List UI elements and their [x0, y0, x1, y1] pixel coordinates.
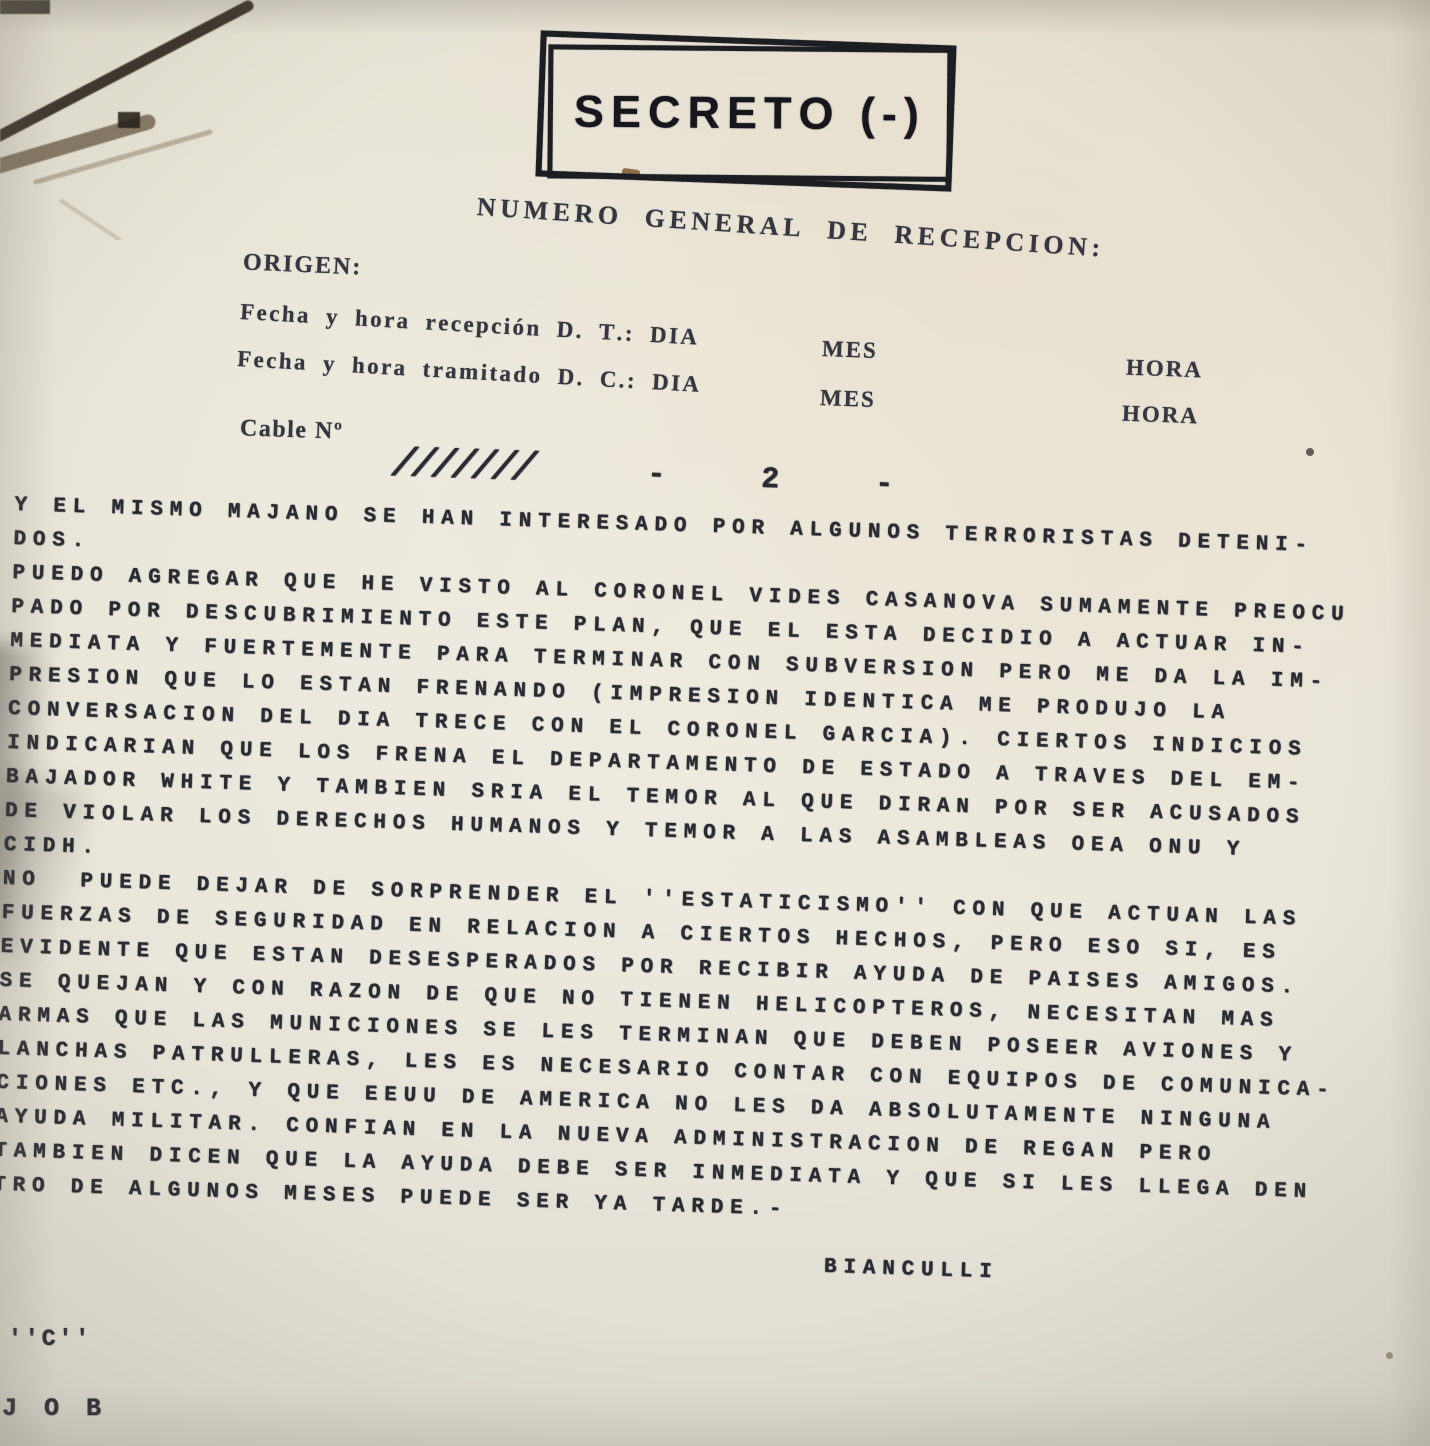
- classification-stamp-inner-border: SECRETO (-): [547, 44, 952, 182]
- month-label-1: MES: [822, 336, 879, 364]
- cable-number-label: Cable Nº: [240, 415, 344, 446]
- hour-label-2: HORA: [1122, 401, 1200, 430]
- month-label-2: MES: [820, 385, 877, 413]
- ink-dot: [1386, 1352, 1393, 1359]
- page-number: - 2 -: [647, 458, 914, 503]
- hour-label-1: HORA: [1126, 355, 1204, 384]
- reception-number-label: NUMERO GENERAL DE RECEPCION:: [476, 192, 1106, 264]
- cable-body-text: Y EL MISMO MAJANO SE HAN INTERESADO POR …: [0, 489, 1426, 1303]
- ink-dot: [1306, 448, 1314, 456]
- typist-initials: J O B: [2, 1394, 107, 1423]
- scanned-cable-page: SECRETO (-) NUMERO GENERAL DE RECEPCION:…: [0, 0, 1430, 1446]
- marginal-note-c: ''C'': [8, 1326, 92, 1352]
- strikeout-slashes: ///////: [385, 443, 538, 492]
- classification-stamp: SECRETO (-): [535, 30, 956, 191]
- classification-label: SECRETO (-): [574, 86, 926, 141]
- torn-corner-mark: [0, 0, 280, 240]
- processed-datetime-label: Fecha y hora tramitado D. C.: DIA: [237, 346, 703, 398]
- received-datetime-label: Fecha y hora recepción D. T.: DIA: [240, 299, 701, 351]
- origin-label: ORIGEN:: [242, 249, 362, 281]
